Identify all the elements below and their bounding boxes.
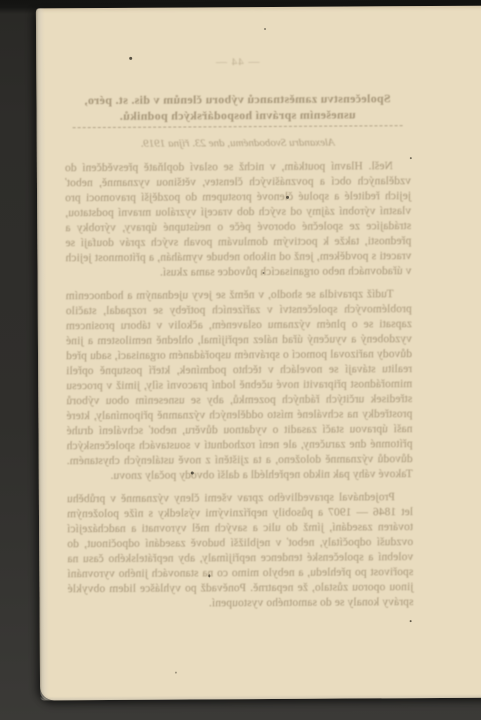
page-number: — 44 — [64,54,410,70]
bleedthrough-heading-line2: usnešením správní hospodářských podniků. [65,106,411,124]
page-bottom-edge [40,694,481,701]
bleedthrough-paragraph-1: Nešl. Hlavní poutkám, v nichž se oslaví … [65,159,412,281]
page-left-edge [36,8,49,700]
bleedthrough-paragraph-3: Projednával spravedlivého zprav všemi čl… [67,490,414,612]
scanned-book-page: — 44 — Společenstvu zaměstnanců výboru č… [36,6,481,701]
dust-speck [129,57,132,60]
bleedthrough-dateline: Alexandru Svobodnému, dne 23. října 1919… [65,135,411,151]
dust-speck [208,574,210,577]
dust-speck [191,471,194,474]
bleedthrough-text-layer: — 44 — Společenstvu zaměstnanců výboru č… [64,48,413,612]
dust-speck [175,672,177,674]
dust-speck [410,620,412,622]
dust-speck [286,196,289,199]
dust-speck [263,272,265,274]
dust-speck [410,157,412,159]
scanner-background: — 44 — Společenstvu zaměstnanců výboru č… [0,0,481,720]
bleedthrough-paragraph-2: Tudíž zpravidla se shodlo, v němž se jev… [66,287,413,484]
dust-speck [264,28,266,30]
heading-divider-rule [73,125,403,128]
